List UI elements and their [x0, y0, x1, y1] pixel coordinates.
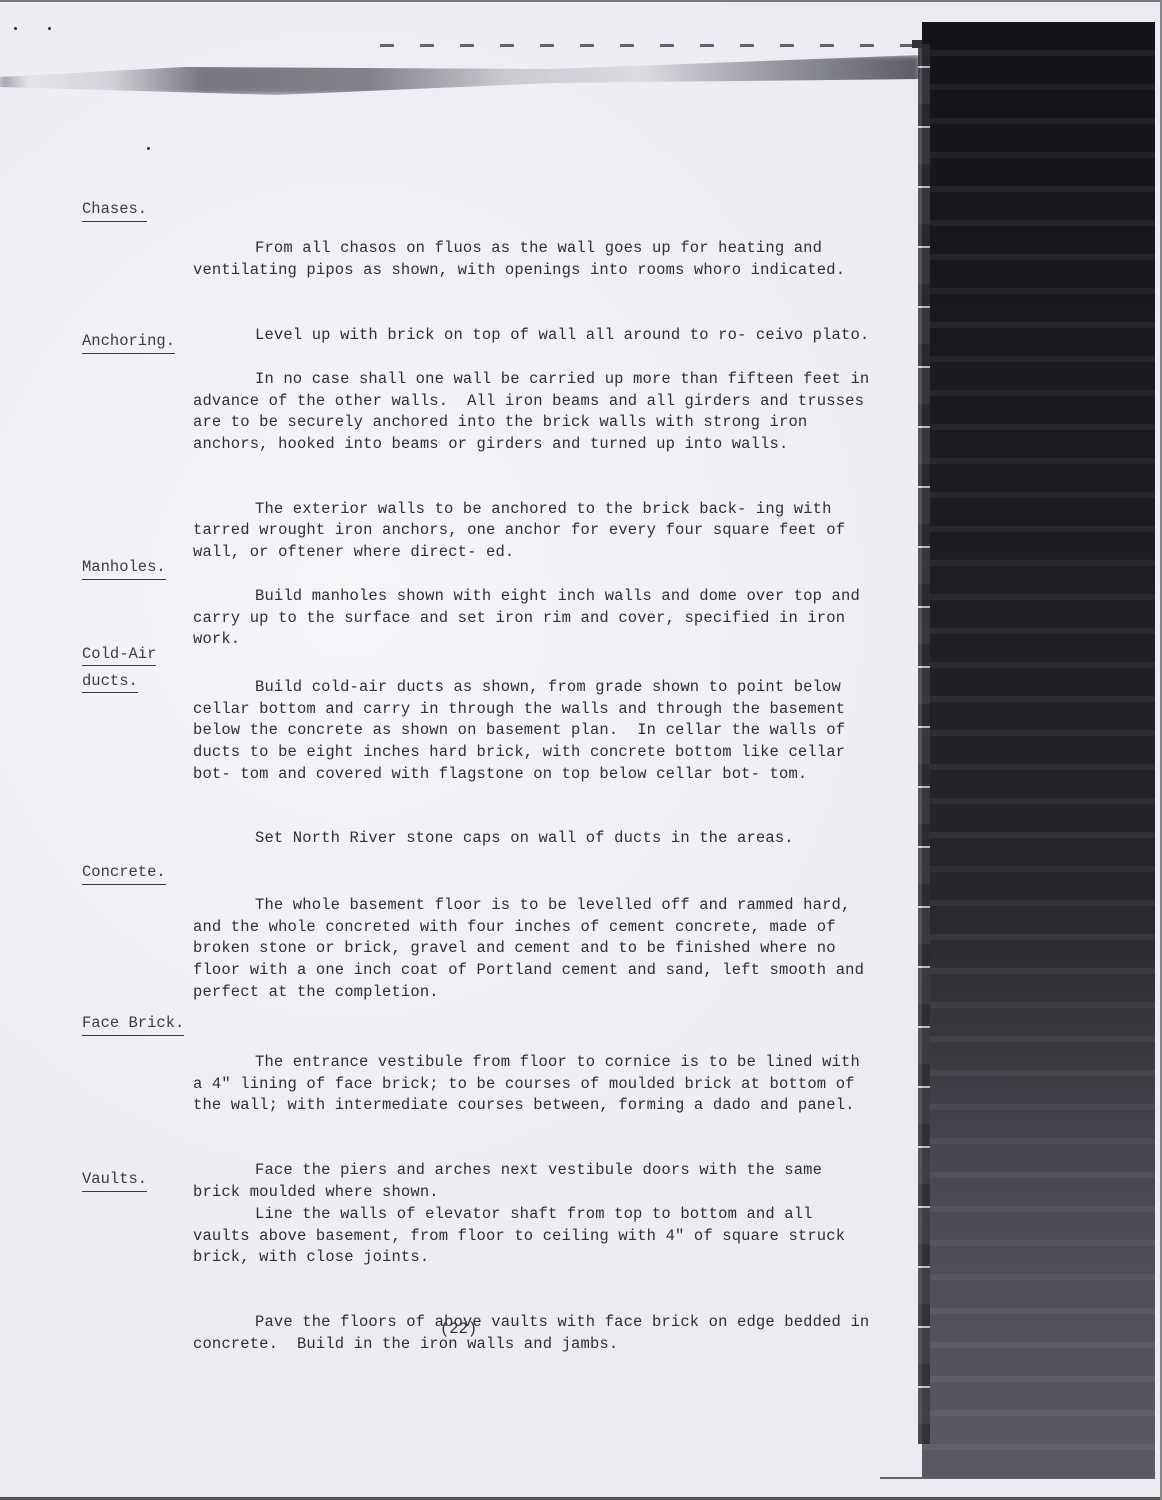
- folded-edge-border: [918, 44, 930, 1444]
- speck: [14, 27, 17, 30]
- section-label-face-brick: Face Brick.: [82, 1012, 184, 1036]
- paragraph: Line the walls of elevator shaft from to…: [193, 1204, 873, 1269]
- scan-smudge: [0, 55, 920, 95]
- paragraph: From all chasos on fluos as the wall goe…: [193, 238, 873, 281]
- section-label-chases: Chases.: [82, 198, 147, 222]
- folded-edge-tab: [912, 40, 922, 48]
- label-line: Cold-Air: [82, 643, 156, 666]
- paragraph: Pave the floors of above vaults with fac…: [193, 1312, 873, 1355]
- scan-smudge-line: [380, 44, 920, 47]
- paragraph: Set North River stone caps on wall of du…: [193, 828, 873, 850]
- section-label-cold-air-ducts: Cold-Air ducts.: [82, 643, 156, 698]
- paragraph: Build cold-air ducts as shown, from grad…: [193, 677, 873, 785]
- fold-bottom-line: [880, 1477, 925, 1479]
- section-label-concrete: Concrete.: [82, 861, 166, 885]
- section-body-vaults: Line the walls of elevator shaft from to…: [193, 1161, 873, 1399]
- section-label-vaults: Vaults.: [82, 1168, 147, 1192]
- paragraph: The whole basement floor is to be levell…: [193, 895, 873, 1003]
- page-number: (22): [440, 1320, 477, 1338]
- scanned-page: Chases. From all chasos on fluos as the …: [0, 0, 1162, 1500]
- section-label-anchoring: Anchoring.: [82, 330, 175, 354]
- speck: [147, 147, 150, 150]
- scan-top-border: [0, 0, 1162, 2]
- speck: [48, 27, 51, 30]
- paragraph: In no case shall one wall be carried up …: [193, 369, 873, 455]
- section-label-manholes: Manholes.: [82, 556, 166, 580]
- folded-edge-shadow: [922, 22, 1155, 1479]
- paragraph: The entrance vestibule from floor to cor…: [193, 1052, 873, 1117]
- label-line: ducts.: [82, 670, 138, 693]
